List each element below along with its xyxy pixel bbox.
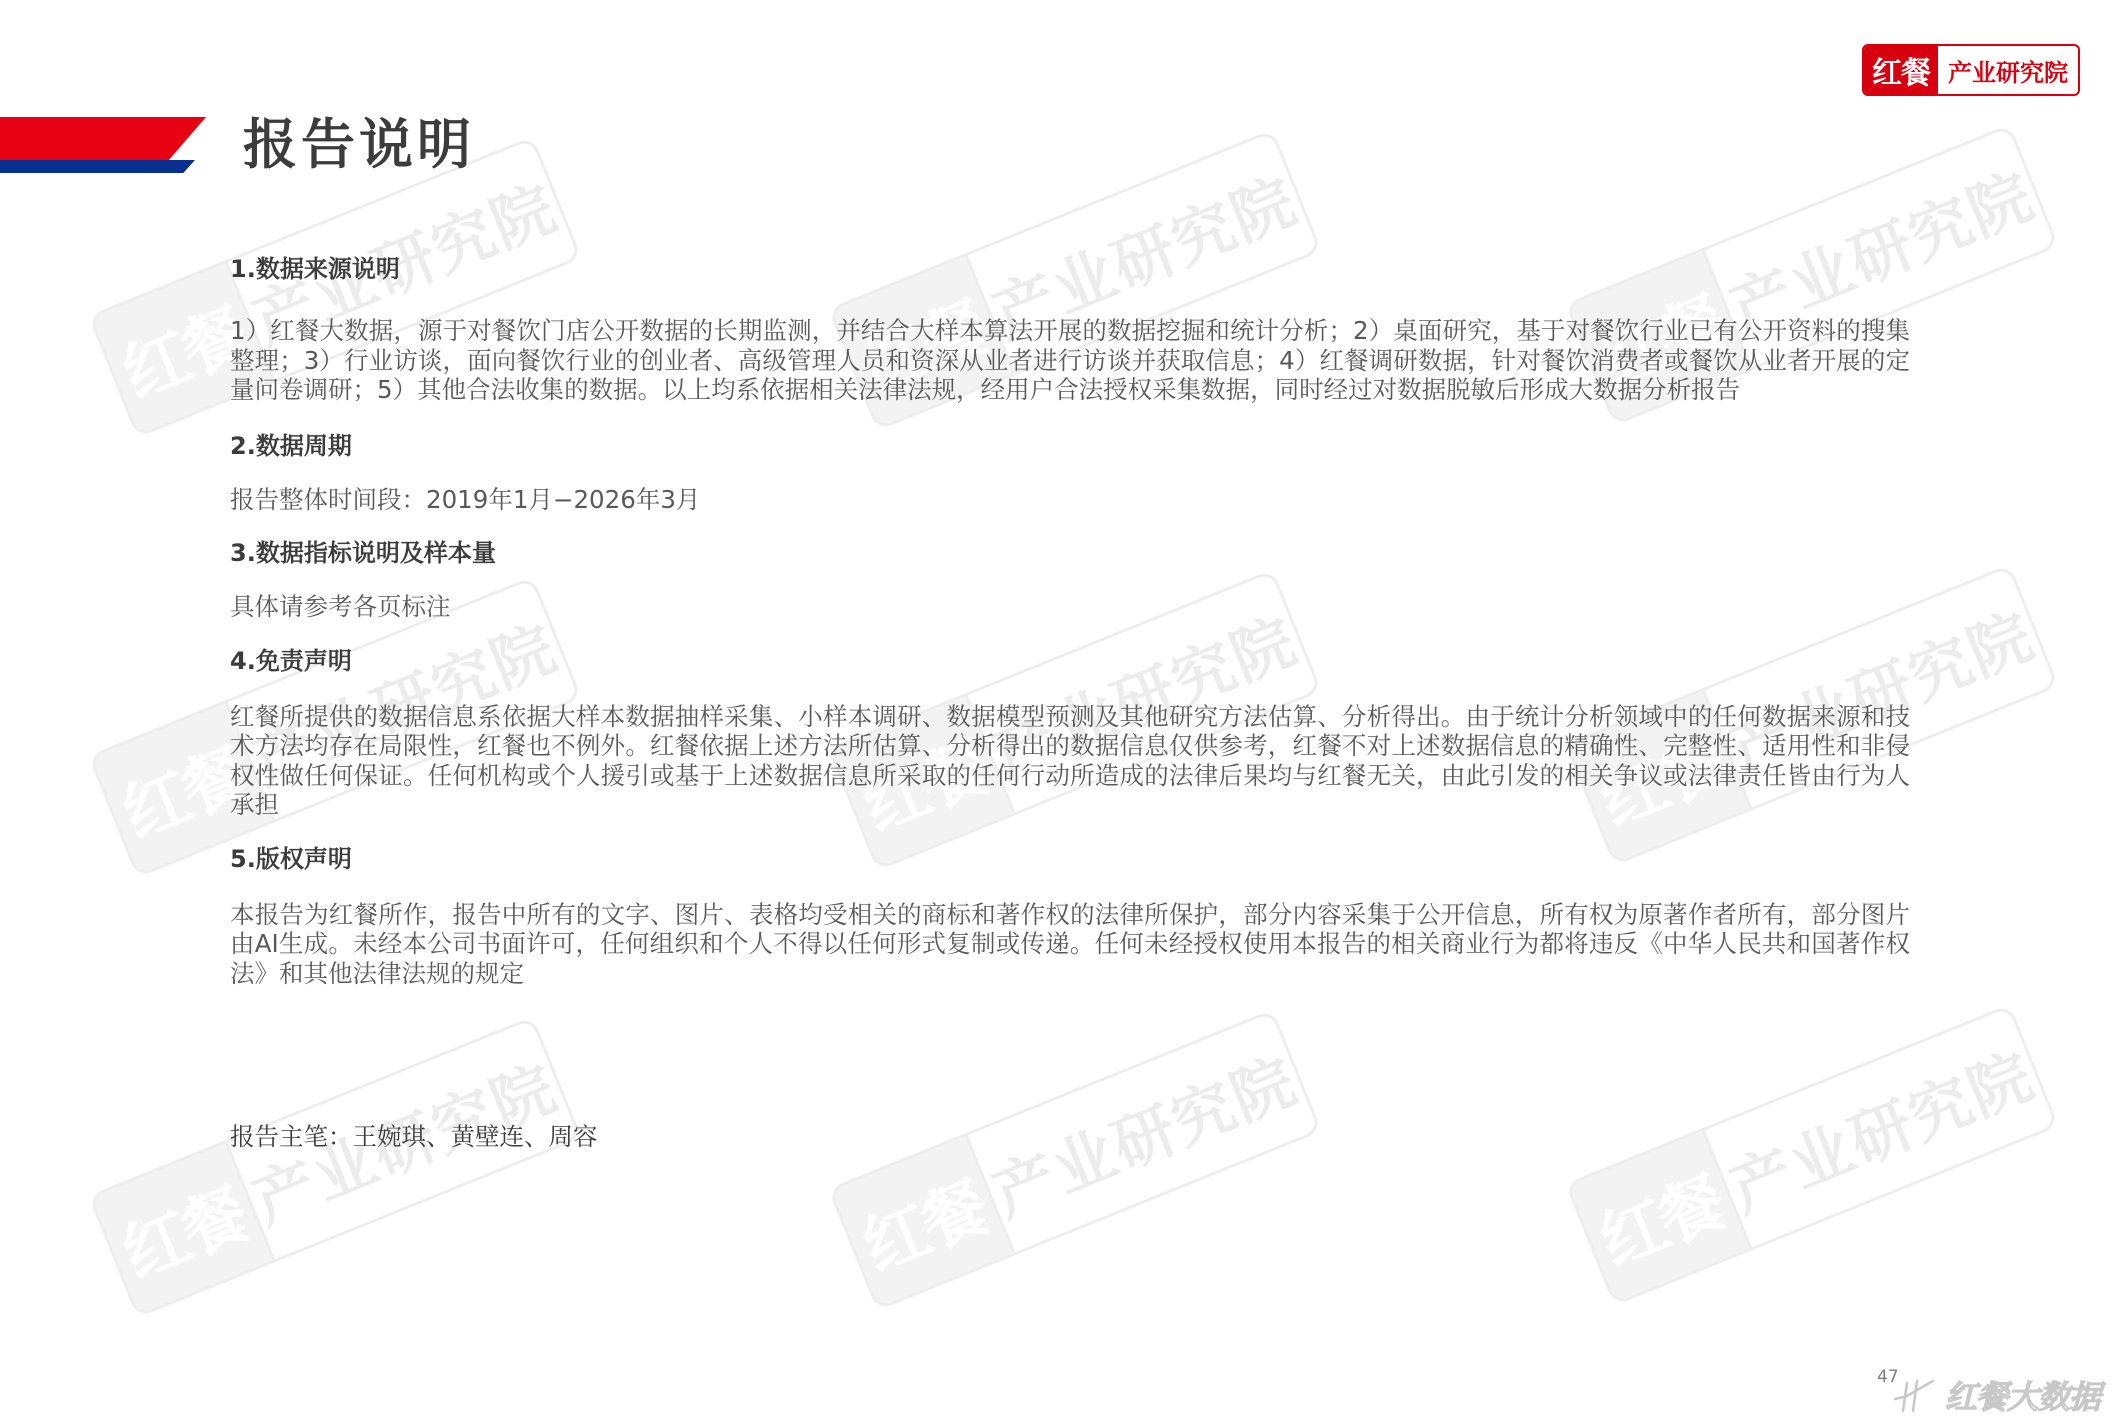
- logo-brand-mark: 红餐: [1864, 46, 1938, 94]
- section-body: 具体请参考各页标注: [230, 592, 1910, 622]
- watermark: 红餐产业研究院: [88, 1016, 582, 1318]
- watermark: 红餐产业研究院: [1565, 1004, 2059, 1306]
- report-authors: 报告主笔：王婉琪、黄壁连、周容: [230, 1120, 598, 1154]
- section-heading: 5.版权声明: [230, 842, 1910, 876]
- section-heading: 2.数据周期: [230, 429, 1910, 463]
- section-disclaimer: 4.免责声明 红餐所提供的数据信息系依据大样本数据抽样采集、小样本调研、数据模型…: [230, 644, 1910, 820]
- report-notes: 1.数据来源说明 1）红餐大数据，源于对餐饮门店公开数据的长期监测，并结合大样本…: [230, 252, 1910, 1010]
- watermark: 红餐产业研究院: [828, 1009, 1322, 1311]
- footer-brand-watermark: 红餐大数据: [1893, 1372, 2100, 1418]
- brand-h-icon: [1893, 1377, 1939, 1413]
- page-title: 报告说明: [243, 112, 475, 178]
- section-heading: 4.免责声明: [230, 644, 1910, 678]
- brand-logo: 红餐 产业研究院: [1862, 44, 2080, 96]
- logo-institute-name: 产业研究院: [1938, 46, 2078, 94]
- header-accent-bar-blue: [0, 160, 195, 173]
- section-body: 红餐所提供的数据信息系依据大样本数据抽样采集、小样本调研、数据模型预测及其他研究…: [230, 702, 1910, 820]
- section-heading: 1.数据来源说明: [230, 252, 1910, 286]
- footer-brand-text: 红餐大数据: [1945, 1372, 2100, 1418]
- section-copyright: 5.版权声明 本报告为红餐所作，报告中所有的文字、图片、表格均受相关的商标和著作…: [230, 842, 1910, 989]
- section-body: 本报告为红餐所作，报告中所有的文字、图片、表格均受相关的商标和著作权的法律所保护…: [230, 900, 1910, 989]
- section-data-period: 2.数据周期 报告整体时间段：2019年1月−2026年3月: [230, 429, 1910, 515]
- section-data-source: 1.数据来源说明 1）红餐大数据，源于对餐饮门店公开数据的长期监测，并结合大样本…: [230, 252, 1910, 405]
- header-accent-bar-red: [0, 117, 206, 160]
- section-metrics-sample: 3.数据指标说明及样本量 具体请参考各页标注: [230, 536, 1910, 622]
- section-body: 报告整体时间段：2019年1月−2026年3月: [230, 485, 1910, 515]
- section-body: 1）红餐大数据，源于对餐饮门店公开数据的长期监测，并结合大样本算法开展的数据挖掘…: [230, 316, 1910, 405]
- section-heading: 3.数据指标说明及样本量: [230, 536, 1910, 570]
